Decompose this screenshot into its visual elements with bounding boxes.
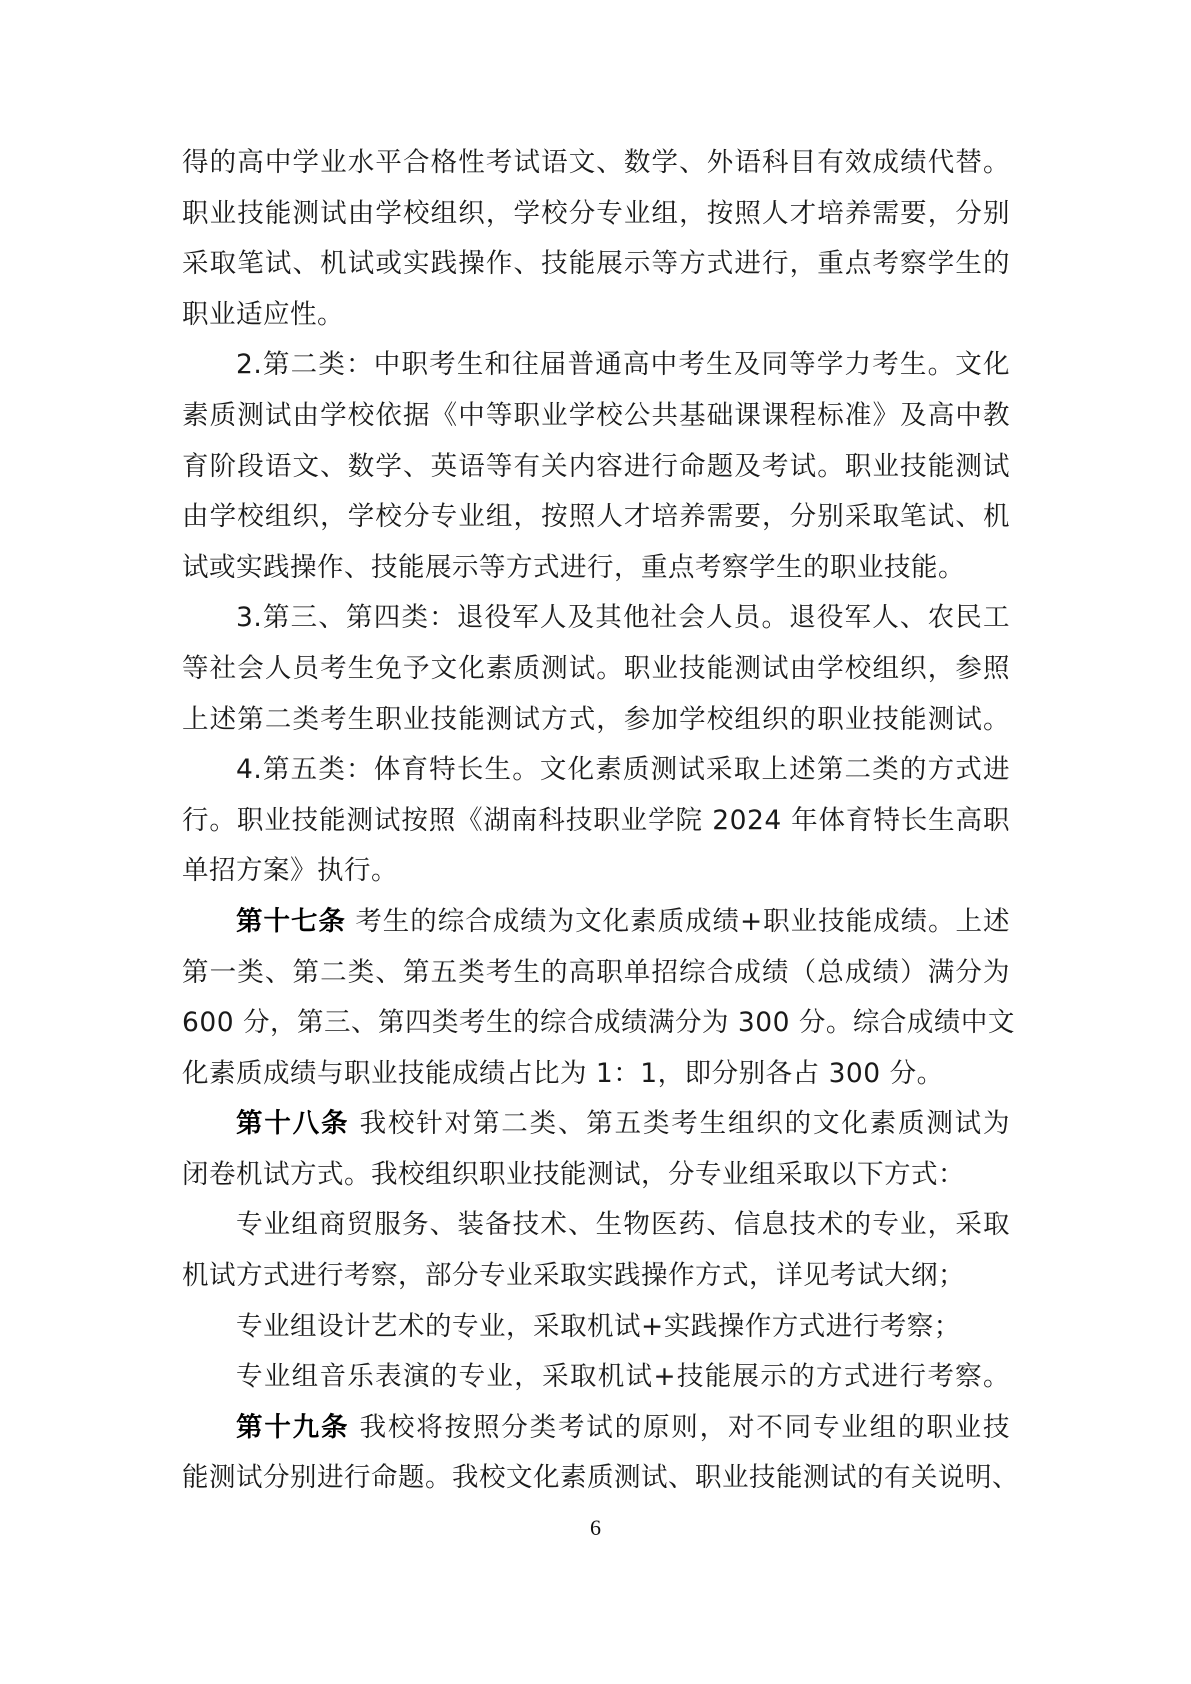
text-line: 能测试分别进行命题。我校文化素质测试、职业技能测试的有关说明、 — [182, 1458, 1010, 1509]
document-page: 得的高中学业水平合格性考试语文、数学、外语科目有效成绩代替。 职业技能测试由学校… — [0, 0, 1191, 1684]
text-line: 第一类、第二类、第五类考生的高职单招综合成绩（总成绩）满分为 — [182, 953, 1010, 1004]
article-19-heading: 第十九条 — [236, 1412, 349, 1443]
text-line: 机试方式进行考察，部分专业采取实践操作方式，详见考试大纲； — [182, 1256, 1010, 1307]
text-line: 等社会人员考生免予文化素质测试。职业技能测试由学校组织，参照 — [182, 649, 1010, 700]
article-18-heading: 第十八条 — [236, 1108, 349, 1139]
text-line: 4.第五类：体育特长生。文化素质测试采取上述第二类的方式进 — [182, 750, 1010, 801]
article-19-text: 我校将按照分类考试的原则，对不同专业组的职业技 — [349, 1412, 1010, 1443]
article-17-text: 考生的综合成绩为文化素质成绩+职业技能成绩。上述 — [346, 906, 1010, 937]
article-18-text: 我校针对第二类、第五类考生组织的文化素质测试为 — [349, 1108, 1010, 1139]
text-line: 职业适应性。 — [182, 295, 1010, 346]
text-line: 职业技能测试由学校组织，学校分专业组，按照人才培养需要，分别 — [182, 194, 1010, 245]
text-line: 闭卷机试方式。我校组织职业技能测试，分专业组采取以下方式： — [182, 1155, 1010, 1206]
text-line: 专业组商贸服务、装备技术、生物医药、信息技术的专业，采取 — [182, 1205, 1010, 1256]
text-line: 2.第二类：中职考生和往届普通高中考生及同等学力考生。文化 — [182, 345, 1010, 396]
text-line: 行。职业技能测试按照《湖南科技职业学院 2024 年体育特长生高职 — [182, 801, 1010, 852]
body-text: 得的高中学业水平合格性考试语文、数学、外语科目有效成绩代替。 职业技能测试由学校… — [182, 143, 1010, 1509]
article-17-heading: 第十七条 — [236, 906, 346, 937]
text-line: 上述第二类考生职业技能测试方式，参加学校组织的职业技能测试。 — [182, 700, 1010, 751]
text-line: 采取笔试、机试或实践操作、技能展示等方式进行，重点考察学生的 — [182, 244, 1010, 295]
text-line: 600 分，第三、第四类考生的综合成绩满分为 300 分。综合成绩中文 — [182, 1003, 1010, 1054]
text-line: 3.第三、第四类：退役军人及其他社会人员。退役军人、农民工 — [182, 598, 1010, 649]
article-19-line: 第十九条 我校将按照分类考试的原则，对不同专业组的职业技 — [182, 1408, 1010, 1459]
page-number: 6 — [0, 1515, 1191, 1541]
text-line: 得的高中学业水平合格性考试语文、数学、外语科目有效成绩代替。 — [182, 143, 1010, 194]
text-line: 试或实践操作、技能展示等方式进行，重点考察学生的职业技能。 — [182, 548, 1010, 599]
text-line: 由学校组织，学校分专业组，按照人才培养需要，分别采取笔试、机 — [182, 497, 1010, 548]
text-line: 育阶段语文、数学、英语等有关内容进行命题及考试。职业技能测试 — [182, 447, 1010, 498]
text-line: 专业组音乐表演的专业，采取机试+技能展示的方式进行考察。 — [182, 1357, 1010, 1408]
text-line: 单招方案》执行。 — [182, 851, 1010, 902]
text-line: 专业组设计艺术的专业，采取机试+实践操作方式进行考察； — [182, 1307, 1010, 1358]
text-line: 化素质成绩与职业技能成绩占比为 1：1，即分别各占 300 分。 — [182, 1054, 1010, 1105]
text-line: 素质测试由学校依据《中等职业学校公共基础课课程标准》及高中教 — [182, 396, 1010, 447]
article-18-line: 第十八条 我校针对第二类、第五类考生组织的文化素质测试为 — [182, 1104, 1010, 1155]
article-17-line: 第十七条 考生的综合成绩为文化素质成绩+职业技能成绩。上述 — [182, 902, 1010, 953]
